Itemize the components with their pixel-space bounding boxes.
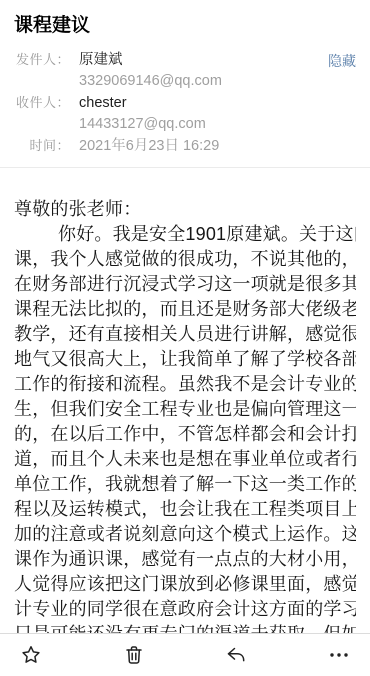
body-line: 你好。我是安全1901原建斌。关于这门 (14, 222, 356, 247)
to-email-row: 14433127@qq.com (14, 114, 356, 136)
body-line: 加的注意或者说刻意向这个模式上运作。这门 (14, 522, 356, 547)
mail-subject: 课程建议 (0, 0, 370, 47)
body-line: 课程无法比拟的，而且还是财务部大佬级老师 (14, 297, 356, 322)
from-email-row: 3329069146@qq.com (14, 71, 356, 93)
delete-button[interactable] (121, 642, 147, 668)
from-name[interactable]: 原建斌 (79, 50, 123, 72)
bottom-toolbar (0, 633, 370, 676)
hide-details-link[interactable]: 隐藏 (328, 51, 356, 72)
mail-meta-header: 隐藏 发件人： 原建斌 3329069146@qq.com 收件人： chest… (0, 47, 370, 168)
reply-button[interactable] (223, 642, 249, 668)
more-button[interactable] (326, 642, 352, 668)
mail-detail-screen: 课程建议 隐藏 发件人： 原建斌 3329069146@qq.com 收件人： … (0, 0, 370, 676)
to-row: 收件人： chester (14, 92, 356, 114)
body-line: 计专业的同学很在意政府会计这方面的学习。 (14, 597, 356, 622)
time-value: 2021年6月23日 16:29 (79, 136, 219, 158)
body-line: 程以及运转模式，也会让我在工程类项目上更 (14, 497, 356, 522)
to-label: 收件人： (14, 92, 70, 114)
body-line: 课作为通识课，感觉有一点点的大材小用，个 (14, 547, 356, 572)
trash-icon (122, 643, 146, 667)
body-line: 教学，还有直接相关人员进行讲解，感觉很接 (14, 322, 356, 347)
to-name[interactable]: chester (79, 93, 127, 115)
from-label: 发件人： (14, 49, 70, 71)
body-line: 工作的衔接和流程。虽然我不是会计专业的学 (14, 372, 356, 397)
star-button[interactable] (18, 642, 44, 668)
time-label: 时间： (14, 135, 70, 157)
body-line: 地气又很高大上，让我简单了解了学校各部门 (14, 347, 356, 372)
more-icon (327, 643, 351, 667)
reply-icon (224, 643, 248, 667)
from-row: 发件人： 原建斌 (14, 49, 356, 71)
body-line: 的，在以后工作中，不管怎样都会和会计打交 (14, 422, 356, 447)
to-email[interactable]: 14433127@qq.com (79, 114, 206, 136)
from-email[interactable]: 3329069146@qq.com (79, 71, 222, 93)
body-line: 单位工作，我就想着了解一下这一类工作的流 (14, 472, 356, 497)
mail-body: 尊敬的张老师： 你好。我是安全1901原建斌。关于这门 课，我个人感觉做的很成功… (0, 168, 370, 647)
body-line: 尊敬的张老师： (14, 197, 356, 222)
body-line: 人觉得应该把这门课放到必修课里面，感觉会 (14, 572, 356, 597)
body-line: 道，而且个人未来也是想在事业单位或者行政 (14, 447, 356, 472)
star-icon (19, 643, 43, 667)
body-line: 在财务部进行沉浸式学习这一项就是很多其他 (14, 272, 356, 297)
time-row: 时间： 2021年6月23日 16:29 (14, 135, 356, 157)
body-line: 课，我个人感觉做的很成功，不说其他的，光 (14, 247, 356, 272)
body-line: 生，但我们安全工程专业也是偏向管理这一类 (14, 397, 356, 422)
